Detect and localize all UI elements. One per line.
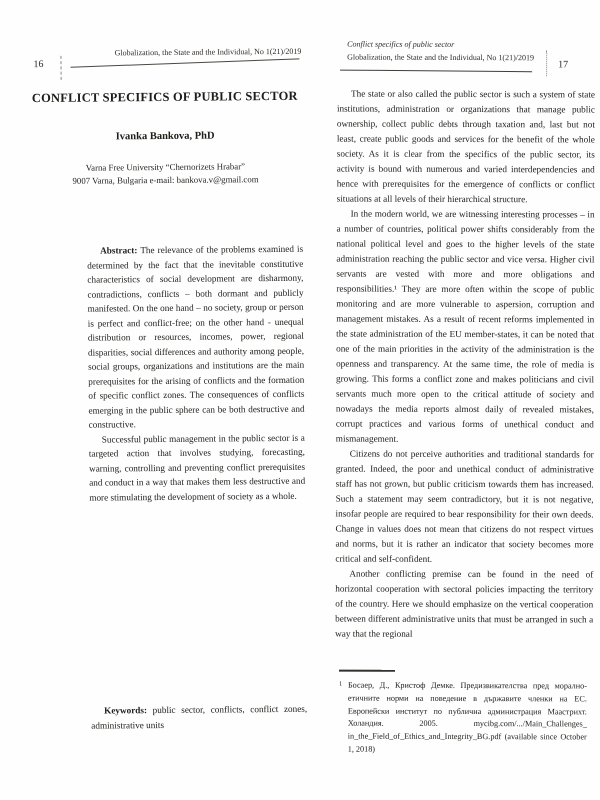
scanned-journal-spread: Globalization, the State and the Individ… bbox=[0, 0, 600, 800]
abstract-paragraph-2: Successful public management in the publ… bbox=[89, 430, 306, 504]
right-header-rule bbox=[340, 70, 532, 73]
right-running-head-article: Conflict specifics of public sector bbox=[347, 40, 587, 50]
right-crease-mark bbox=[546, 50, 547, 76]
left-crease-mark bbox=[60, 56, 61, 80]
author-name: Ivanka Bankova, PhD bbox=[0, 130, 330, 144]
right-running-head-journal: Globalization, the State and the Individ… bbox=[347, 53, 587, 63]
keywords-label: Keywords: bbox=[104, 705, 147, 715]
body-paragraph-2: In the modern world, we are witnessing i… bbox=[336, 207, 595, 448]
left-running-head: Globalization, the State and the Individ… bbox=[0, 47, 301, 59]
abstract-block: Abstract: The relevance of the problems … bbox=[87, 242, 305, 505]
author-affiliation: Varna Free University “Chernorizets Hrab… bbox=[0, 160, 330, 189]
footnote-separator-rule bbox=[339, 670, 395, 672]
body-text: The state or also called the public sect… bbox=[335, 87, 595, 643]
abstract-text-1: The relevance of the problems examined i… bbox=[87, 244, 304, 430]
right-page-number: 17 bbox=[558, 59, 568, 70]
abstract-label: Abstract: bbox=[100, 245, 137, 255]
keywords-block: Keywords: public sector, conflicts, conf… bbox=[91, 702, 307, 733]
footnote-marker: 1 bbox=[339, 679, 342, 692]
affiliation-contact-line: 9007 Varna, Bulgaria e-mail: bankova.v@g… bbox=[0, 173, 330, 189]
article-title: CONFLICT SPECIFICS OF PUBLIC SECTOR bbox=[0, 89, 330, 107]
abstract-paragraph-1: Abstract: The relevance of the problems … bbox=[87, 242, 305, 432]
body-paragraph-1: The state or also called the public sect… bbox=[337, 87, 595, 208]
body-paragraph-3: Citizens do not perceive authorities and… bbox=[335, 447, 593, 568]
left-page-number: 16 bbox=[33, 59, 43, 70]
left-header-rule bbox=[71, 58, 300, 67]
footnote-text: Босаер, Д., Кристоф Демке. Предизвикател… bbox=[348, 681, 587, 754]
right-page: Conflict specifics of public sector Glob… bbox=[328, 0, 600, 800]
footnote-block: 1 Босаер, Д., Кристоф Демке. Предизвикат… bbox=[335, 680, 587, 758]
left-page: Globalization, the State and the Individ… bbox=[0, 0, 336, 800]
body-paragraph-4: Another conflicting premise can be found… bbox=[335, 567, 593, 643]
